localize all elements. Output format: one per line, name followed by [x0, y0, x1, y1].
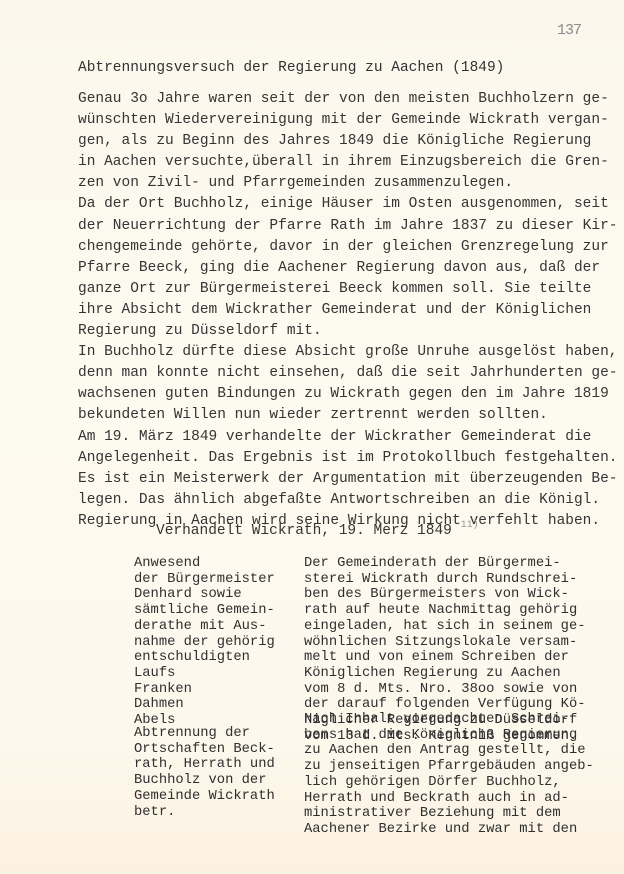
attendees-column: Anwesend der Bürgermeister Denhard sowie… [134, 556, 294, 729]
protocol-line: vom 8 d. Mts. Nro. 38oo sowie von [304, 682, 594, 698]
body-paragraphs: Genau 3o Jahre waren seit der von den me… [78, 89, 578, 532]
protocol-line: Der Gemeinderath der Bürgermei- [304, 556, 594, 572]
protocol-line: rath auf heute Nachmittag gehörig [304, 603, 594, 619]
margin-line: Dahmen [134, 697, 294, 713]
section-heading: Abtrennungsversuch der Regierung zu Aach… [78, 60, 504, 76]
protocol-line: ministrativer Beziehung mit dem [304, 806, 594, 822]
margin-line: Ortschaften Beck- [134, 742, 294, 758]
margin-line: Laufs [134, 666, 294, 682]
margin-line: Buchholz von der [134, 773, 294, 789]
text-line: Genau 3o Jahre waren seit der von den me… [78, 89, 578, 110]
text-line: zen von Zivil- und Pfarrgemeinden zusamm… [78, 173, 578, 194]
protocol-line: zu jenseitigen Pfarrgebäuden angeb- [304, 759, 594, 775]
page-number: 137 [557, 22, 581, 39]
text-line: Regierung zu Düsseldorf mit. [78, 321, 578, 342]
protocol-line: lich gehörigen Dörfer Buchholz, [304, 775, 594, 791]
protocol-line: Königlichen Regierung zu Aachen [304, 666, 594, 682]
margin-line: Abtrennung der [134, 726, 294, 742]
margin-line: Franken [134, 682, 294, 698]
text-line: Am 19. März 1849 verhandelte der Wickrat… [78, 427, 578, 448]
text-line: gen, als zu Beginn des Jahres 1849 die K… [78, 131, 578, 152]
protocol-line: zu Aachen den Antrag gestellt, die [304, 743, 594, 759]
protocol-line: der darauf folgenden Verfügung Kö- [304, 697, 594, 713]
text-line: In Buchholz dürfte diese Absicht große U… [78, 342, 578, 363]
protocol-line: Nach Inhalt vorgedachten Schrei- [304, 712, 594, 728]
margin-line: Denhard sowie [134, 587, 294, 603]
text-line: denn man konnte nicht einsehen, daß die … [78, 363, 578, 384]
text-line: ihre Absicht dem Wickrather Gemeinderat … [78, 300, 578, 321]
protocol-line: bens hat die Königliche Regierung [304, 728, 594, 744]
text-line: Es ist ein Meisterwerk der Argumentation… [78, 469, 578, 490]
margin-line: nahme der gehörig [134, 635, 294, 651]
text-line: wünschten Wiedervereinigung mit der Geme… [78, 110, 578, 131]
text-line: legen. Das ähnlich abgefaßte Antwortschr… [78, 490, 578, 511]
margin-line: Anwesend [134, 556, 294, 572]
text-line: Angelegenheit. Das Ergebnis ist im Proto… [78, 448, 578, 469]
footnote-marker: 11) [461, 520, 479, 531]
text-line: bekundeten Willen nun wieder zertrennt w… [78, 405, 578, 426]
text-line: Da der Ort Buchholz, einige Häuser im Os… [78, 194, 578, 215]
margin-line: Gemeinde Wickrath [134, 789, 294, 805]
subject-column: Abtrennung der Ortschaften Beck- rath, H… [134, 726, 294, 820]
margin-line: der Bürgermeister [134, 572, 294, 588]
protocol-line: ben des Bürgermeisters von Wick- [304, 587, 594, 603]
protocol-line: wöhnlichen Sitzungslokale versam- [304, 635, 594, 651]
text-line: chengemeinde gehörte, davor in der gleic… [78, 237, 578, 258]
protocol-title-text: Verhandelt Wickrath, 19. Merz 1849 [156, 523, 452, 539]
protocol-line: melt und von einem Schreiben der [304, 650, 594, 666]
protocol-paragraph-2: Nach Inhalt vorgedachten Schrei- bens ha… [304, 712, 594, 838]
protocol-line: sterei Wickrath durch Rundschrei- [304, 572, 594, 588]
text-line: Pfarre Beeck, ging die Aachener Regierun… [78, 258, 578, 279]
margin-line: sämtliche Gemein- [134, 603, 294, 619]
text-line: der Neuerrichtung der Pfarre Rath im Jah… [78, 216, 578, 237]
margin-line: rath, Herrath und [134, 757, 294, 773]
text-line: wachsenen guten Bindungen zu Wickrath ge… [78, 384, 578, 405]
text-line: ganze Ort zur Bürgermeisterei Beeck komm… [78, 279, 578, 300]
text-line: in Aachen versuchte,überall in ihrem Ein… [78, 152, 578, 173]
margin-line: betr. [134, 805, 294, 821]
protocol-title: Verhandelt Wickrath, 19. Merz 1849 11) [156, 520, 479, 539]
protocol-line: eingeladen, hat sich in seinem ge- [304, 619, 594, 635]
protocol-line: Herrath und Beckrath auch in ad- [304, 791, 594, 807]
margin-line: derathe mit Aus- [134, 619, 294, 635]
protocol-line: Aachener Bezirke und zwar mit den [304, 822, 594, 838]
margin-line: entschuldigten [134, 650, 294, 666]
document-page: 137 Abtrennungsversuch der Regierung zu … [0, 0, 624, 874]
